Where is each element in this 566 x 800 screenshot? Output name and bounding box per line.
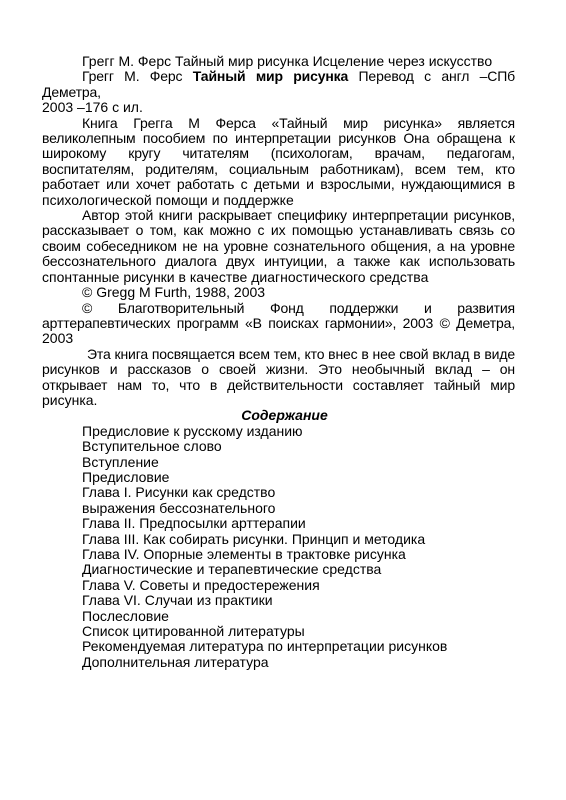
toc-item: выражения бессознательного <box>42 501 515 516</box>
page-content: Грегг М. Ферс Тайный мир рисунка Исцелен… <box>42 54 515 670</box>
body-line: бессознательного диалога двух интуиции, … <box>42 254 515 269</box>
body-line: арттерапевтических программ «В поисках г… <box>42 316 515 331</box>
toc-item: Список цитированной литературы <box>42 624 515 639</box>
body-line: открывает нам то, что в действительности… <box>42 378 515 393</box>
document-page: Грегг М. Ферс Тайный мир рисунка Исцелен… <box>0 0 566 800</box>
body-line: рисунка. <box>42 393 515 408</box>
body-line: 2003 <box>42 331 515 346</box>
toc-item: Глава III. Как собирать рисунки. Принцип… <box>42 532 515 547</box>
body-line: работает или хочет работать с детьми и в… <box>42 177 515 192</box>
body-line: своим собеседником не на уровне сознател… <box>42 239 515 254</box>
body-line: Грегг М. Ферс Тайный мир рисунка Перевод… <box>42 69 515 100</box>
toc-item: Глава I. Рисунки как средство <box>42 485 515 500</box>
toc-item: Глава V. Советы и предостережения <box>42 578 515 593</box>
toc-item: Глава VI. Случаи из практики <box>42 593 515 608</box>
toc-item: Глава II. Предпосылки арттерапии <box>42 516 515 531</box>
body-line-segment: Грегг М. Ферс <box>82 68 193 84</box>
body-line: Книга Грегга М Ферса «Тайный мир рисунка… <box>42 116 515 131</box>
body-line: © Благотворительный Фонд поддержки и раз… <box>42 301 515 316</box>
body-line-bold-segment: Тайный мир рисунка <box>193 68 348 84</box>
toc-item: Глава IV. Опорные элементы в трактовке р… <box>42 547 515 562</box>
toc-item: Предисловие к русскому изданию <box>42 424 515 439</box>
toc-item: Дополнительная литература <box>42 655 515 670</box>
toc-item: Предисловие <box>42 470 515 485</box>
toc-item: Вступление <box>42 455 515 470</box>
toc-item: Диагностические и терапевтические средст… <box>42 562 515 577</box>
toc-heading: Содержание <box>42 408 515 423</box>
body-text: Грегг М. Ферс Тайный мир рисунка Исцелен… <box>42 54 515 408</box>
toc-list: Предисловие к русскому изданиюВступитель… <box>42 424 515 671</box>
body-line: воспитателям, родителям, социальным рабо… <box>42 162 515 177</box>
body-line: Эта книга посвящается всем тем, кто внес… <box>42 347 515 362</box>
toc-item: Вступительное слово <box>42 439 515 454</box>
toc-item: Послесловие <box>42 609 515 624</box>
body-line: великолепным пособием по интерпретации р… <box>42 131 515 146</box>
toc-item: Рекомендуемая литература по интерпретаци… <box>42 639 515 654</box>
body-line: Грегг М. Ферс Тайный мир рисунка Исцелен… <box>42 54 515 69</box>
body-line: Автор этой книги раскрывает специфику ин… <box>42 208 515 223</box>
body-line: 2003 –176 с ил. <box>42 100 515 115</box>
body-line: психологической помощи и поддержке <box>42 193 515 208</box>
body-line: спонтанные рисунки в качестве диагностич… <box>42 270 515 285</box>
body-line: широкому кругу читателям (психологам, вр… <box>42 146 515 161</box>
body-line: рассказывает о том, как можно с их помощ… <box>42 223 515 238</box>
body-line: © Gregg M Furth, 1988, 2003 <box>42 285 515 300</box>
body-line: рисунков и рассказов о своей жизни. Это … <box>42 362 515 377</box>
